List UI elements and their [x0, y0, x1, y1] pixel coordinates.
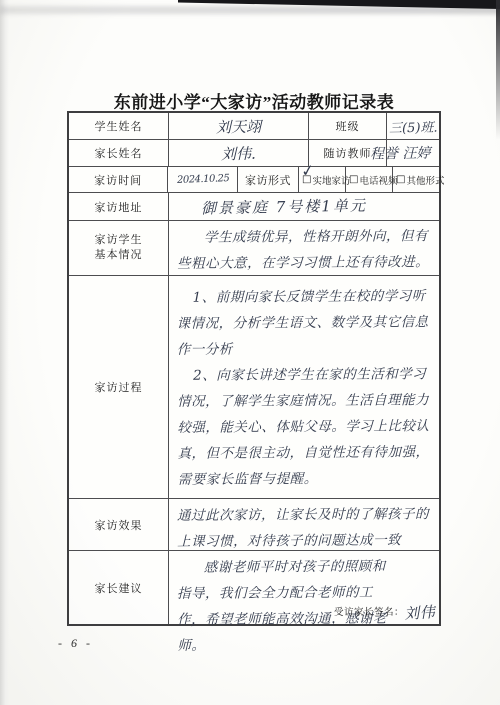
- student-name-label: 学生姓名: [69, 113, 169, 139]
- signature-handwriting: 刘伟: [403, 601, 435, 624]
- row-address: 家访地址 御景豪庭 7号楼1单元: [69, 193, 439, 221]
- visit-process-paragraph-2: 2、向家长讲述学生在家的生活和学习情况，了解学生家庭情况。生活自理能力较强，能关…: [177, 361, 434, 493]
- student-basic-handwriting: 学生成绩优异，性格开朗外向，但有些粗心大意，在学习习惯上还有待改进。: [169, 220, 439, 277]
- checkbox-onsite-label: 实地家访: [312, 173, 350, 187]
- visit-time-label: 家访时间: [69, 167, 168, 192]
- record-form-table: 学生姓名 刘天翊 班级 三(5)班. 家长姓名 刘伟. 随访教师 程誉 汪婷 家…: [67, 111, 441, 626]
- page-number: - 6 -: [58, 636, 93, 651]
- parent-name-label: 家长姓名: [69, 140, 169, 166]
- parent-name-value: 刘伟.: [169, 140, 309, 166]
- student-basic-label: 家访学生基本情况: [69, 221, 169, 275]
- parent-suggestion-value: 感谢老师平时对孩子的照顾和指导，我们会全力配合老师的工作，希望老师能高效沟通，感…: [169, 551, 439, 624]
- checkbox-other-form: □其他形式: [393, 167, 439, 192]
- student-basic-value: 学生成绩优异，性格开朗外向，但有些粗心大意，在学习习惯上还有待改进。: [169, 221, 439, 275]
- document-title: 东前进小学“大家访”活动教师记录表: [67, 88, 441, 113]
- checkbox-onsite-visit: □实地家访 ✓: [299, 167, 346, 192]
- teacher-handwriting: 程誉 汪婷: [369, 142, 430, 163]
- address-handwriting: 御景豪庭 7号楼1单元: [201, 195, 367, 219]
- visit-process-paragraph-1: 1、前期向家长反馈学生在校的学习听课情况，分析学生语文、数学及其它信息作一分析: [176, 283, 433, 363]
- address-value: 御景豪庭 7号楼1单元: [169, 193, 439, 220]
- parent-name-handwriting: 刘伟.: [221, 142, 256, 164]
- row-visit-form: 家访时间 2024.10.25 家访形式 □实地家访 ✓ □电话视频 □其他形式: [69, 167, 439, 193]
- address-label: 家访地址: [69, 193, 169, 220]
- visit-process-handwriting: 1、前期向家长反馈学生在校的学习听课情况，分析学生语文、数学及其它信息作一分析 …: [168, 275, 440, 493]
- visit-process-label: 家访过程: [69, 276, 169, 498]
- scan-edge-right: [496, 0, 500, 140]
- checkbox-square-icon: □: [349, 174, 358, 185]
- row-parent-suggestion: 家长建议 感谢老师平时对孩子的照顾和指导，我们会全力配合老师的工作，希望老师能高…: [69, 551, 439, 624]
- row-parent: 家长姓名 刘伟. 随访教师 程誉 汪婷: [69, 140, 439, 167]
- row-student: 学生姓名 刘天翊 班级 三(5)班.: [69, 113, 439, 140]
- scan-edge-left: [0, 0, 9, 705]
- teacher-value: 程誉 汪婷: [387, 140, 439, 166]
- visit-effect-handwriting: 通过此次家访，让家长及时的了解孩子的上课习惯，对待孩子的问题达成一致: [169, 498, 439, 555]
- visit-form-label: 家访形式: [238, 167, 299, 192]
- class-value: 三(5)班.: [387, 113, 439, 139]
- row-visit-process: 家访过程 1、前期向家长反馈学生在校的学习听课情况，分析学生语文、数学及其它信息…: [69, 276, 439, 499]
- parent-signature-line: 受访家长签名：刘伟: [334, 599, 435, 620]
- class-label: 班级: [309, 113, 386, 139]
- student-name-value: 刘天翊: [169, 113, 309, 139]
- row-visit-effect: 家访效果 通过此次家访，让家长及时的了解孩子的上课习惯，对待孩子的问题达成一致: [69, 499, 439, 551]
- visit-process-value: 1、前期向家长反馈学生在校的学习听课情况，分析学生语文、数学及其它信息作一分析 …: [169, 276, 439, 498]
- checkbox-square-icon: □: [396, 174, 405, 185]
- row-student-basic: 家访学生基本情况 学生成绩优异，性格开朗外向，但有些粗心大意，在学习习惯上还有待…: [69, 221, 439, 276]
- parent-suggestion-label: 家长建议: [69, 551, 169, 624]
- student-name-handwriting: 刘天翊: [216, 115, 261, 137]
- signature-label: 受访家长签名：: [334, 608, 404, 618]
- class-handwriting: 三(5)班.: [388, 116, 437, 136]
- visit-effect-label: 家访效果: [69, 499, 169, 550]
- student-basic-label-text: 家访学生基本情况: [92, 233, 144, 263]
- visit-time-value: 2024.10.25: [168, 167, 238, 192]
- visit-time-handwriting: 2024.10.25: [176, 173, 229, 186]
- visit-effect-value: 通过此次家访，让家长及时的了解孩子的上课习惯，对待孩子的问题达成一致: [169, 499, 439, 550]
- checkbox-other-label: 其他形式: [406, 173, 444, 187]
- checkbox-phone-video: □电话视频: [346, 167, 393, 192]
- checkbox-phone-label: 电话视频: [359, 173, 397, 187]
- checkmark-icon: ✓: [300, 160, 316, 181]
